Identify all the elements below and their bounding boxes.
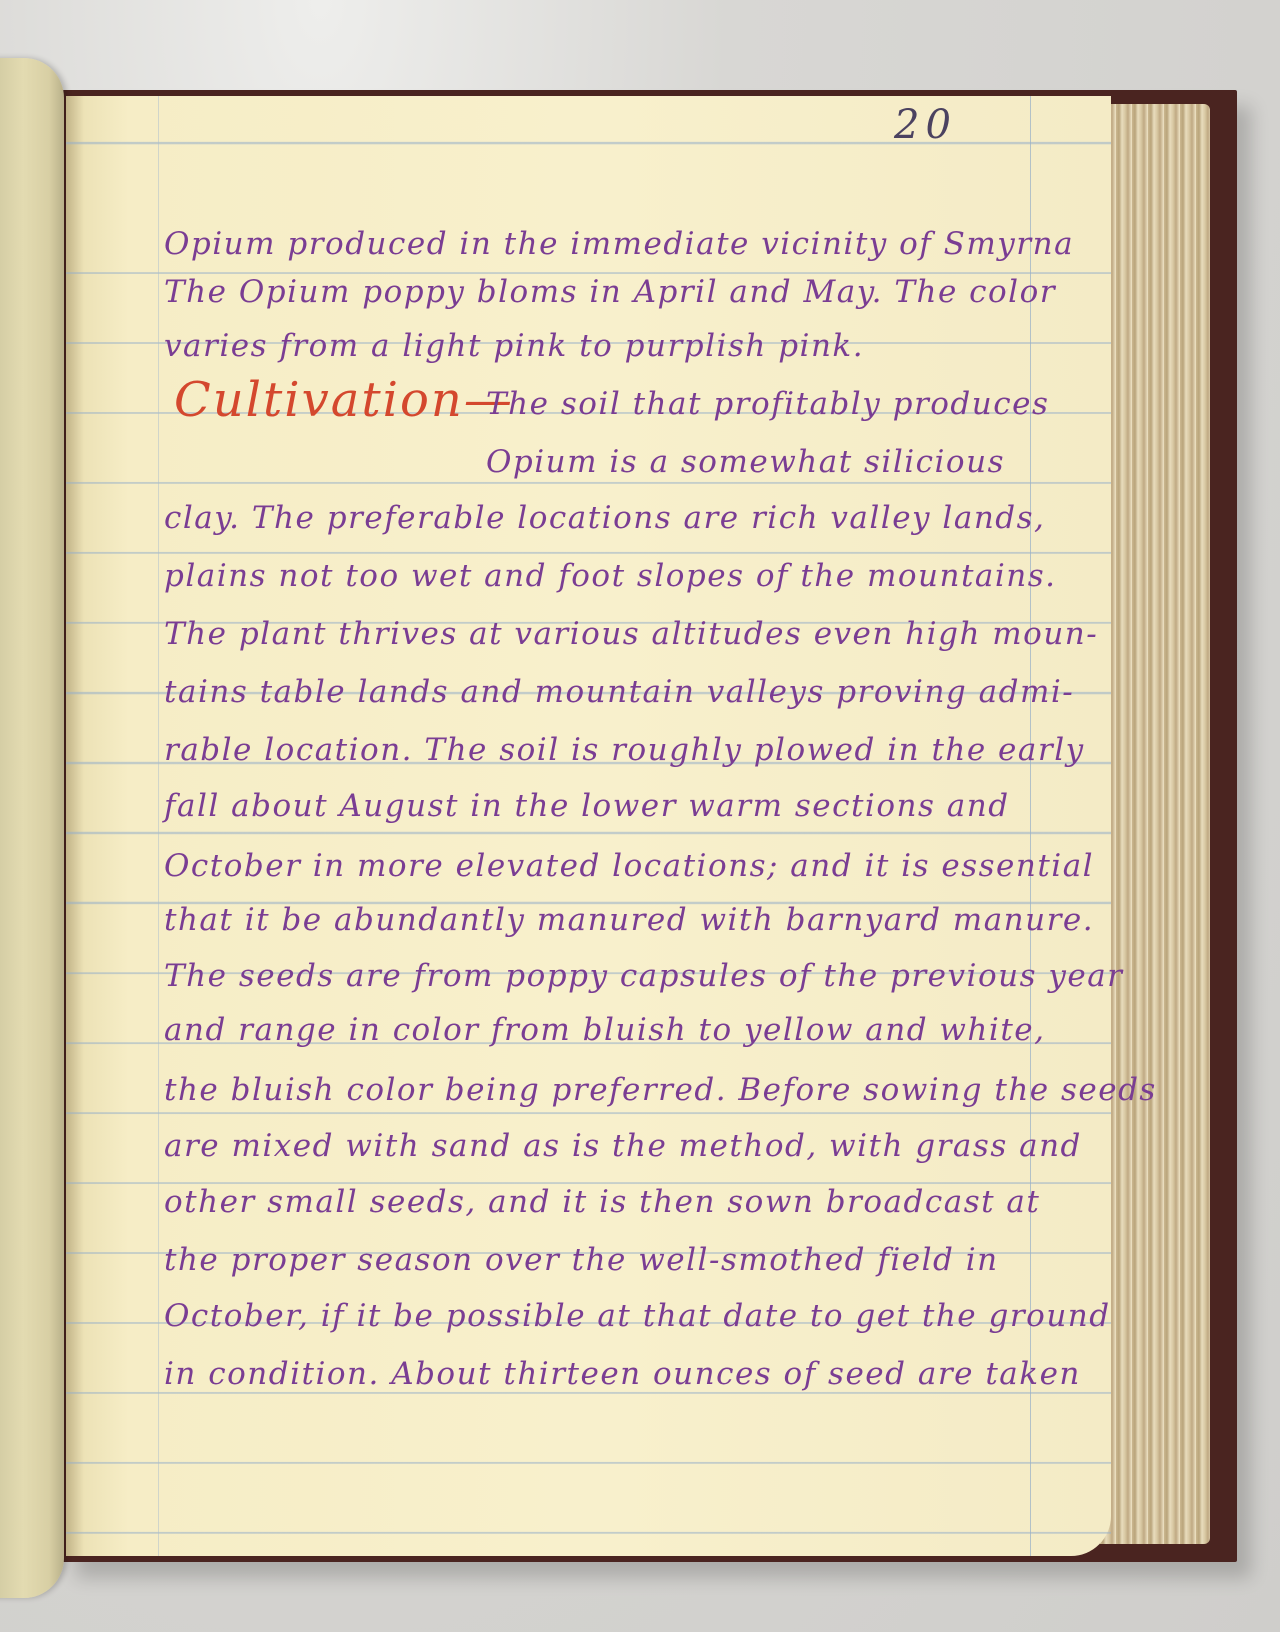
text-line: clay. The preferable locations are rich …	[164, 500, 1045, 536]
text-line: other small seeds, and it is then sown b…	[164, 1184, 1040, 1220]
right-margin-line	[1030, 96, 1031, 1556]
text-line: fall about August in the lower warm sect…	[164, 788, 1010, 824]
left-margin-line	[158, 96, 159, 1556]
text-line: The soil that profitably produces	[486, 386, 1049, 422]
text-line: The plant thrives at various altitudes e…	[164, 616, 1098, 652]
text-line: The Opium poppy bloms in April and May. …	[164, 274, 1056, 310]
text-line: rable location. The soil is roughly plow…	[164, 732, 1085, 768]
text-line: Opium produced in the immediate vicinity…	[164, 226, 1074, 262]
text-line: in condition. About thirteen ounces of s…	[164, 1356, 1081, 1392]
text-line: October in more elevated locations; and …	[164, 848, 1094, 884]
text-line: and range in color from bluish to yellow…	[164, 1012, 1045, 1048]
section-heading: Cultivation—	[174, 372, 514, 428]
page-edges	[1100, 104, 1210, 1544]
text-line: the bluish color being preferred. Before…	[164, 1072, 1157, 1108]
manuscript-page: 20 Opium produced in the immediate vicin…	[66, 96, 1111, 1556]
text-line: Opium is a somewhat silicious	[486, 444, 1005, 480]
text-line: plains not too wet and foot slopes of th…	[164, 558, 1057, 594]
text-line: are mixed with sand as is the method, wi…	[164, 1128, 1082, 1164]
text-line: varies from a light pink to purplish pin…	[164, 328, 864, 364]
page-number: 20	[894, 102, 957, 148]
ruled-lines	[66, 96, 1111, 1556]
text-line: October, if it be possible at that date …	[164, 1298, 1111, 1334]
text-line: that it be abundantly manured with barny…	[164, 902, 1094, 938]
text-line: The seeds are from poppy capsules of the…	[164, 958, 1124, 994]
text-line: tains table lands and mountain valleys p…	[164, 674, 1074, 710]
text-line: the proper season over the well-smothed …	[164, 1242, 999, 1278]
left-page-curl	[0, 58, 64, 1598]
